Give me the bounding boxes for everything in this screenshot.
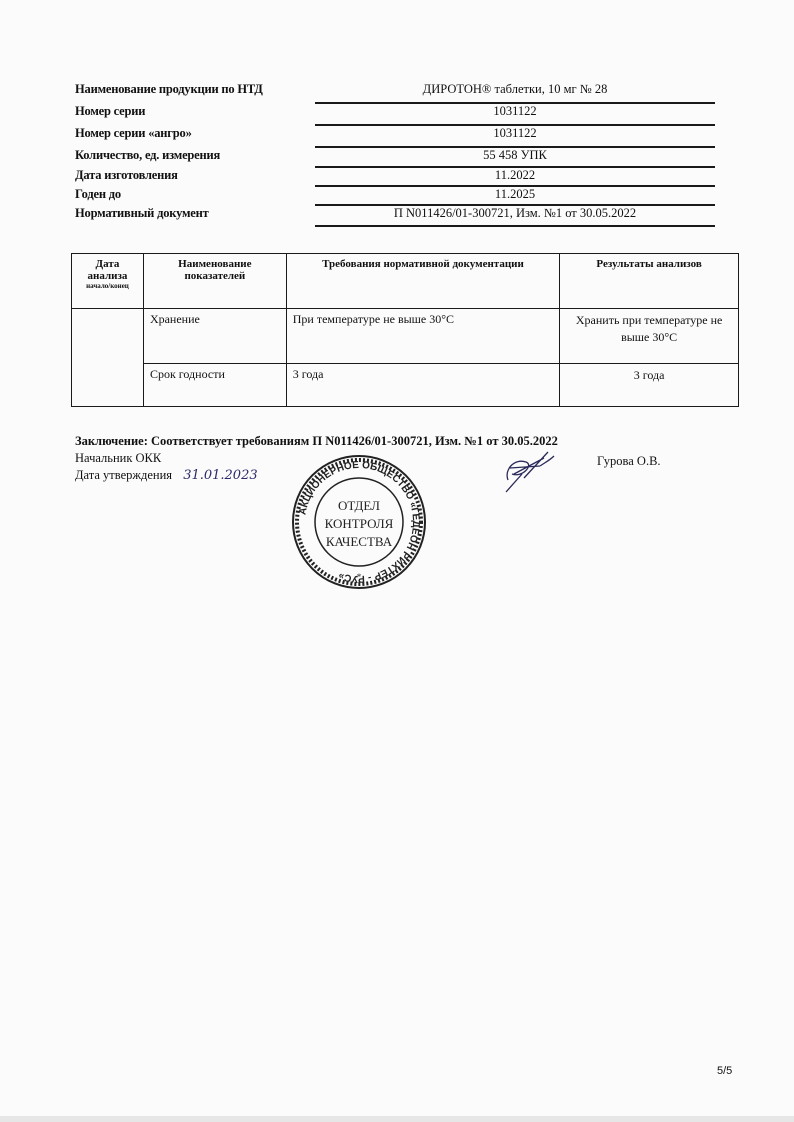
table-row: Хранение При температуре не выше 30°С Хр… <box>72 309 739 364</box>
conclusion-label: Заключение: <box>75 434 148 448</box>
info-row-batch-angro: Номер серии «ангро» 1031122 <box>75 126 715 148</box>
approval-date-label: Дата утверждения <box>75 468 172 482</box>
svg-text:*: * <box>357 572 362 582</box>
info-label: Количество, ед. измерения <box>75 148 220 163</box>
page-number: 5/5 <box>717 1065 732 1077</box>
info-value: П N011426/01-300721, Изм. №1 от 30.05.20… <box>315 206 715 221</box>
info-value: 11.2022 <box>315 168 715 183</box>
info-value: 1031122 <box>315 104 715 119</box>
table-header-row: Дата анализа начало/конец Наименование п… <box>72 254 739 309</box>
info-value: ДИРОТОН® таблетки, 10 мг № 28 <box>315 82 715 97</box>
cell-result: 3 года <box>560 364 739 407</box>
stamp-line: ОТДЕЛ <box>338 498 380 513</box>
cell-requirement: 3 года <box>286 364 559 407</box>
info-row-manufacture-date: Дата изготовления 11.2022 <box>75 168 715 187</box>
info-value: 11.2025 <box>315 187 715 202</box>
info-row-normative-doc: Нормативный документ П N011426/01-300721… <box>75 206 715 228</box>
info-row-expiry: Годен до 11.2025 <box>75 187 715 206</box>
stamp-line: КОНТРОЛЯ <box>325 516 394 531</box>
signature-icon <box>500 448 560 498</box>
header-date: Дата анализа начало/конец <box>72 254 144 309</box>
table-row: Срок годности 3 года 3 года <box>72 364 739 407</box>
header-requirements: Требования нормативной документации <box>286 254 559 309</box>
approval-date: Дата утверждения 31.01.2023 <box>75 468 258 483</box>
approval-date-value: 31.01.2023 <box>183 468 257 483</box>
info-label: Нормативный документ <box>75 206 209 221</box>
info-label: Номер серии «ангро» <box>75 126 192 141</box>
header-date-sub: начало/конец <box>76 282 139 290</box>
info-value: 55 458 УПК <box>315 148 715 163</box>
info-label: Наименование продукции по НТД <box>75 82 263 97</box>
product-info: Наименование продукции по НТД ДИРОТОН® т… <box>75 82 715 228</box>
page-edge <box>0 1116 794 1122</box>
conclusion: Заключение: Соответствует требованиям П … <box>75 434 558 449</box>
info-label: Годен до <box>75 187 121 202</box>
header-name: Наименование показателей <box>143 254 286 309</box>
head-position: Начальник ОКК <box>75 451 161 466</box>
header-results: Результаты анализов <box>560 254 739 309</box>
info-row-product: Наименование продукции по НТД ДИРОТОН® т… <box>75 82 715 104</box>
info-value: 1031122 <box>315 126 715 141</box>
cell-name: Хранение <box>143 309 286 364</box>
cell-date <box>72 309 144 407</box>
info-row-batch: Номер серии 1031122 <box>75 104 715 126</box>
cell-result: Хранить при температуре не выше 30°С <box>560 309 739 364</box>
cell-name: Срок годности <box>143 364 286 407</box>
analysis-table: Дата анализа начало/конец Наименование п… <box>71 253 739 407</box>
conclusion-text: Соответствует требованиям П N011426/01-3… <box>151 434 558 448</box>
info-label: Дата изготовления <box>75 168 178 183</box>
stamp-icon: АКЦИОНЕРНОЕ ОБЩЕСТВО «ГЕДЕОН РИХТЕР - РУ… <box>289 452 429 592</box>
stamp-line: КАЧЕСТВА <box>326 534 393 549</box>
signer-name: Гурова О.В. <box>597 454 661 469</box>
info-label: Номер серии <box>75 104 145 119</box>
underline <box>315 225 715 227</box>
info-row-quantity: Количество, ед. измерения 55 458 УПК <box>75 148 715 168</box>
cell-requirement: При температуре не выше 30°С <box>286 309 559 364</box>
